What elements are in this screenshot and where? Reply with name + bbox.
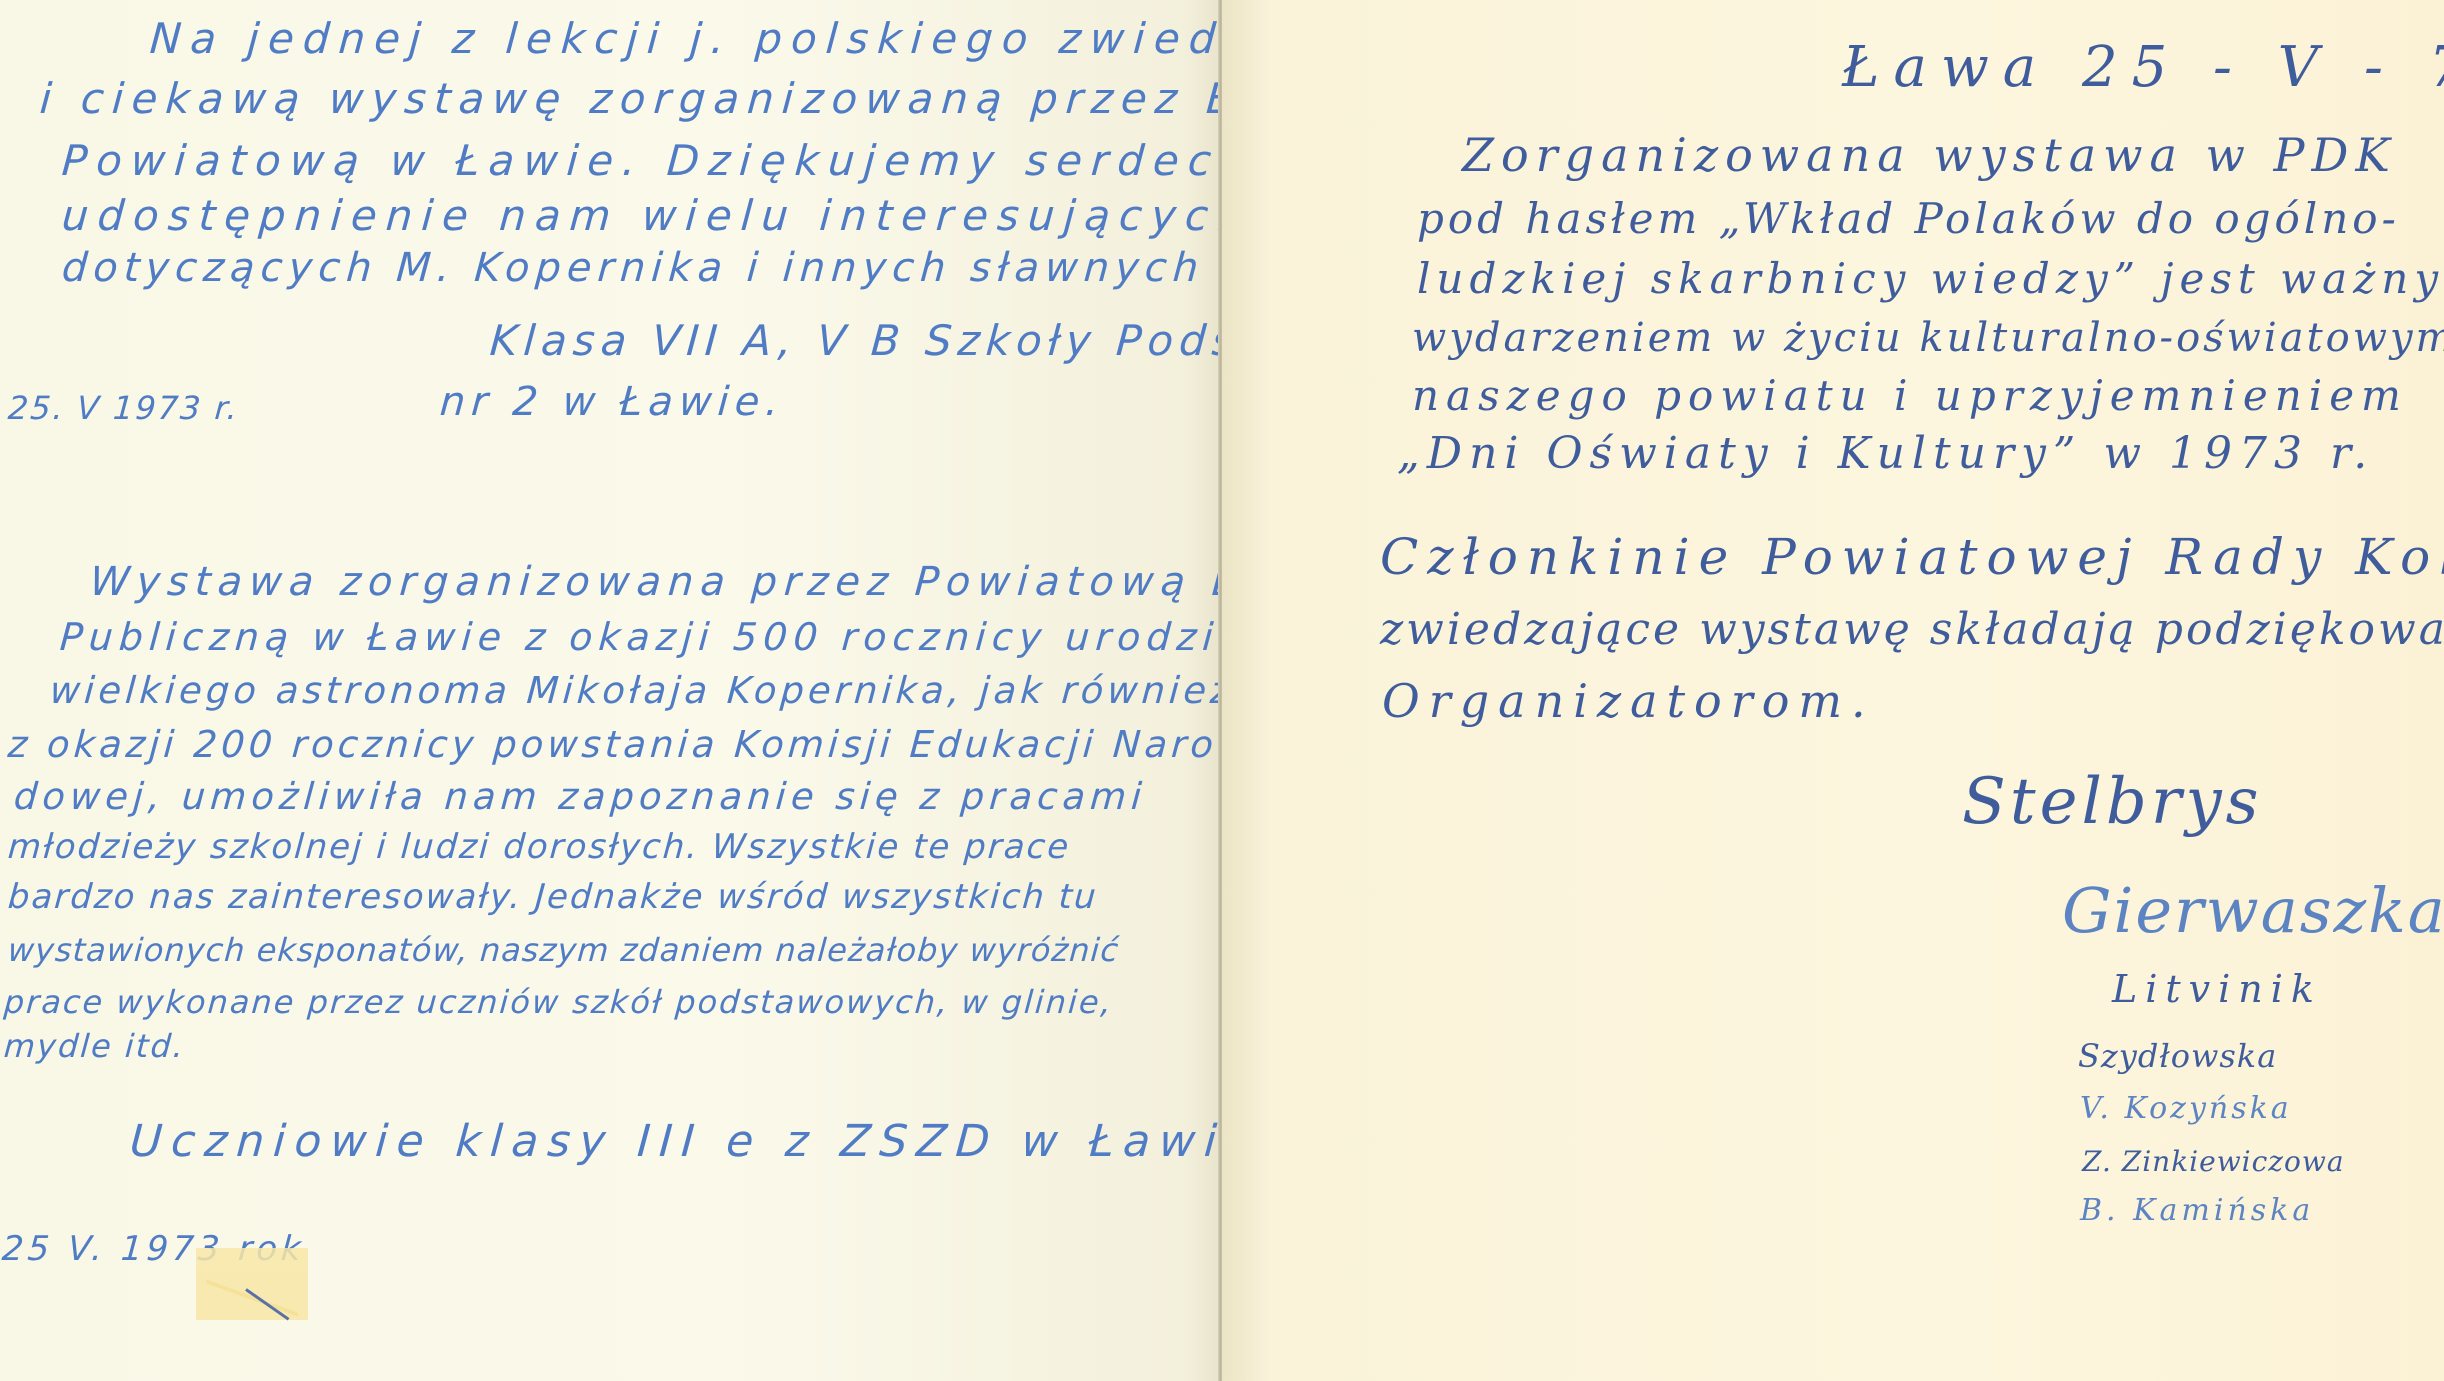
entry2-line-3: wielkiego astronoma Mikołaja Kopernika, … bbox=[49, 672, 1235, 709]
entry2-signature: Uczniowie klasy III e z ZSZD w Ławie bbox=[128, 1120, 1263, 1164]
right-page: Ława 25 - V - 73 r. Zorganizowana wystaw… bbox=[1222, 0, 2444, 1381]
entry2-line-4: z okazji 200 rocznicy powstania Komisji … bbox=[7, 726, 1236, 763]
entry2-line-8: wystawionych eksponatów, naszym zdaniem … bbox=[7, 934, 1120, 966]
signature-7: B. Kamińska bbox=[2080, 1196, 2314, 1226]
right-line-7: Członkinie Powiatowej Rady Kobiet bbox=[1380, 532, 2444, 582]
right-line-6: „Dni Oświaty i Kultury” w 1973 r. bbox=[1397, 432, 2374, 476]
right-line-1: Zorganizowana wystawa w PDK bbox=[1462, 132, 2397, 178]
entry1-signature-line2: nr 2 w Ławie. bbox=[439, 382, 786, 422]
entry2-line-7: bardzo nas zainteresowały. Jednakże wśró… bbox=[7, 880, 1099, 914]
right-line-8: zwiedzające wystawę składają podziękowan… bbox=[1380, 608, 2444, 652]
signature-4: Szydłowska bbox=[2078, 1040, 2277, 1072]
entry2-line-2: Publiczną w Ławie z okazji 500 rocznicy … bbox=[59, 618, 1251, 656]
sticky-note bbox=[196, 1248, 308, 1320]
right-header-date: Ława 25 - V - 73 r. bbox=[1842, 40, 2444, 96]
signature-3: Litvinik bbox=[2112, 970, 2322, 1008]
signature-6: Z. Zinkiewiczowa bbox=[2082, 1148, 2345, 1176]
signature-2: Gierwaszka bbox=[2062, 880, 2444, 942]
right-line-9: Organizatorom. bbox=[1382, 678, 1875, 724]
entry2-line-10: mydle itd. bbox=[3, 1030, 186, 1062]
entry2-line-5: dowej, umożliwiła nam zapoznanie się z p… bbox=[13, 778, 1148, 815]
right-line-5: naszego powiatu i uprzyjemnieniem bbox=[1412, 375, 2408, 417]
entry1-date: 25. V 1973 r. bbox=[7, 392, 240, 424]
right-line-4: wydarzeniem w życiu kulturalno-oświatowy… bbox=[1412, 318, 2444, 358]
entry2-line-9: prace wykonane przez uczniów szkół podst… bbox=[3, 986, 1114, 1018]
entry2-line-6: młodzieży szkolnej i ludzi dorosłych. Ws… bbox=[7, 830, 1072, 864]
left-page: Na jednej z lekcji j. polskiego zwiedzil… bbox=[0, 0, 1220, 1381]
signature-5: V. Kozyńska bbox=[2080, 1094, 2292, 1124]
right-line-2: pod hasłem „Wkład Polaków do ogólno- bbox=[1417, 198, 2400, 240]
signature-1: Stelbrys bbox=[1962, 770, 2262, 834]
right-line-3: ludzkiej skarbnicy wiedzy” jest ważnym bbox=[1417, 258, 2444, 300]
